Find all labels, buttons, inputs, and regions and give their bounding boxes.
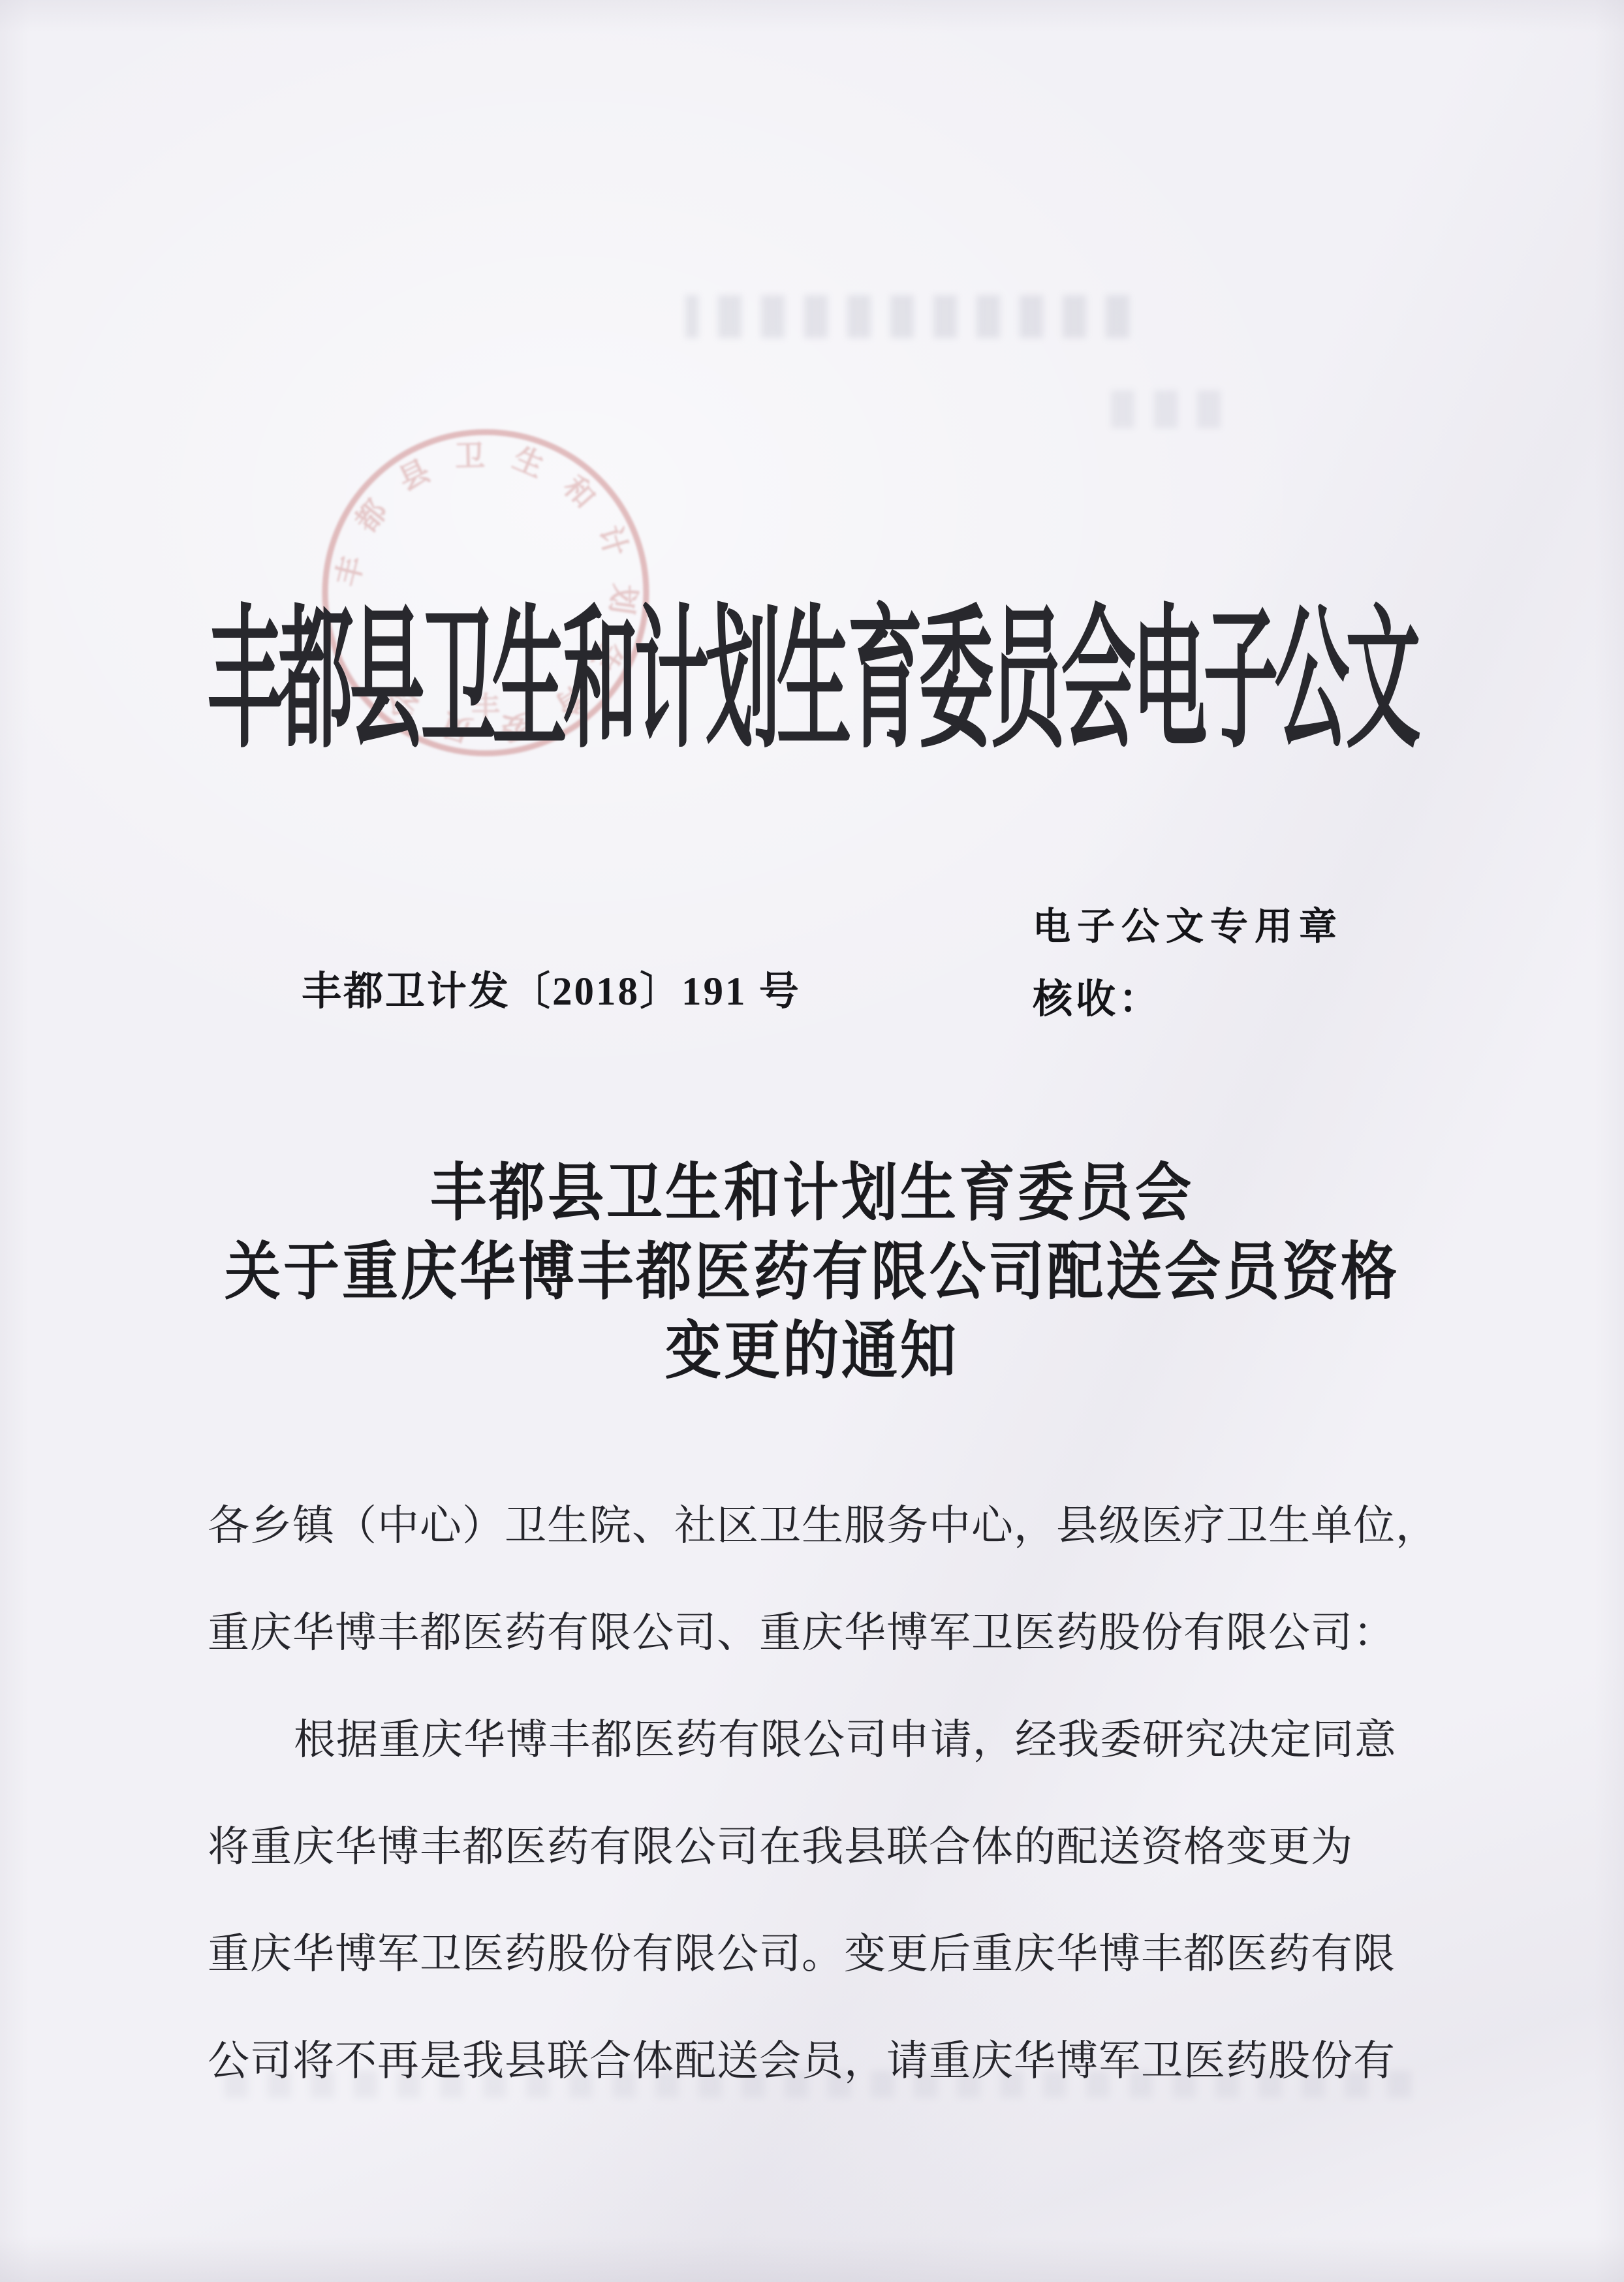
masthead-title: 丰都县卫生和计划生育委员会电子公文 [0, 556, 1624, 777]
scanned-document-page: 丰都县卫生和计划生育委员会 丰 丰都县卫生和计划生育委员会电子公文 电子公文专用… [0, 0, 1624, 2282]
body-text-block: 各乡镇（中心）卫生院、社区卫生服务中心，县级医疗卫生单位， 重庆华博丰都医药有限… [208, 1473, 1419, 2115]
document-title: 丰都县卫生和计划生育委员会 关于重庆华博丰都医药有限公司配送会员资格 变更的通知 [0, 1154, 1624, 1391]
bleedthrough-ghost-text [685, 295, 1129, 338]
document-title-line: 丰都县卫生和计划生育委员会 [0, 1149, 1624, 1238]
body-line: 重庆华博丰都医药有限公司、重庆华博军卫医药股份有限公司： [208, 1580, 1419, 1687]
document-title-line: 关于重庆华博丰都医药有限公司配送会员资格 [0, 1228, 1624, 1317]
body-line: 公司将不再是我县联合体配送会员，请重庆华博军卫医药股份有 [208, 2008, 1419, 2115]
body-line: 重庆华博军卫医药股份有限公司。变更后重庆华博丰都医药有限 [208, 1901, 1419, 2008]
receipt-check-label: 核收： [1033, 967, 1162, 1024]
bleedthrough-ghost-text [1110, 390, 1221, 428]
body-line: 根据重庆华博丰都医药有限公司申请，经我委研究决定同意 [208, 1687, 1419, 1794]
document-number: 丰都卫计发〔2018〕191 号 [302, 960, 801, 1016]
body-line: 各乡镇（中心）卫生院、社区卫生服务中心，县级医疗卫生单位， [208, 1473, 1419, 1580]
document-title-line: 变更的通知 [0, 1307, 1624, 1396]
electronic-seal-label: 电子公文专用章 [1033, 896, 1343, 950]
body-line: 将重庆华博丰都医药有限公司在我县联合体的配送资格变更为 [208, 1794, 1419, 1901]
